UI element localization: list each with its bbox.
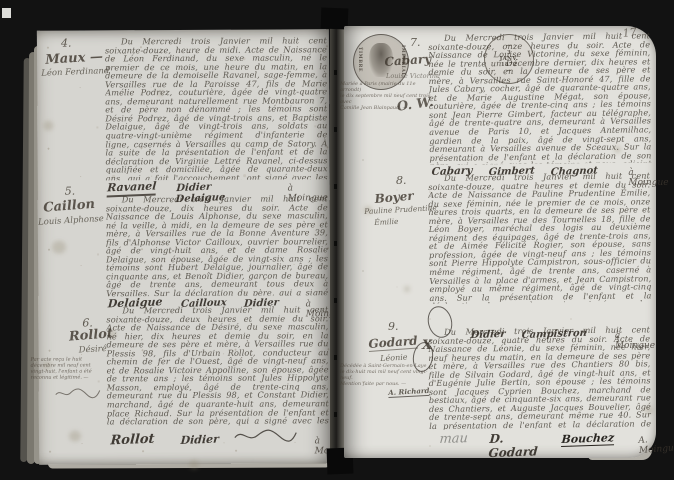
act-body-text: Du Mercredi trois Janvier mil huit cent … <box>428 325 651 430</box>
act-body-text: Du Mercredi trois Janvier mil huit cent … <box>428 31 652 165</box>
act-number: 9. <box>388 320 399 333</box>
pencil-note: mau <box>439 431 468 447</box>
signature-flourish <box>233 427 298 443</box>
officer-signature: A. Moingue <box>638 433 674 456</box>
foxing-spot <box>189 460 199 469</box>
stamp-rim-text: TIMBRE <box>357 47 362 72</box>
act-number: 5. <box>65 185 76 198</box>
right-page: 17 TIMBRE IMPÉRIAL — 3 JANV. 1872 — 7. C… <box>344 26 656 458</box>
act-margin-given-names: Émilie <box>374 217 399 227</box>
signature: Bouchez <box>561 431 615 447</box>
act-signatures: Rollot Didier à Moingue <box>111 427 360 457</box>
scan-artifact-square <box>2 8 11 18</box>
foxing-spot <box>404 286 410 292</box>
signature: Didier <box>180 432 219 447</box>
act-margin-name: Boyer <box>374 189 414 206</box>
act-margin-given-names: Louis Alphonse <box>38 214 104 228</box>
act-number: 4. <box>61 37 72 50</box>
marginal-annotation: Décédée à Saint-Germain-en-Laye le dix-h… <box>340 364 432 388</box>
foxing-spot <box>52 241 66 254</box>
act-number: 7. <box>410 36 421 49</box>
act-body-text: Du Mercredi trois Janvier mil huit cent … <box>106 305 329 426</box>
act-margin-name: Cabary <box>384 52 432 69</box>
margin-flourish <box>55 386 101 398</box>
act-margin-name: Godard <box>368 334 418 352</box>
marginal-annotation: Par acte reçu le huit décembre mil neuf … <box>31 357 117 381</box>
signature: Rollot <box>110 432 155 449</box>
act-margin-name: Caillon <box>43 197 96 216</box>
act-margin-name: Maux — <box>45 49 103 67</box>
act-margin-given-names: Désiré <box>79 344 108 356</box>
act-signatures: mau D. Godard Bouchez A. Moingue <box>440 432 674 460</box>
register-scan: 4. Maux — Léon Ferdinand Du Mercredi tro… <box>0 0 674 480</box>
act-margin-given-names: Léon Ferdinand <box>41 66 109 79</box>
act-number: 8. <box>396 174 407 187</box>
left-page: 4. Maux — Léon Ferdinand Du Mercredi tro… <box>37 29 331 465</box>
act-body-text: Du Mercredi trois Janvier mil huit cent … <box>105 36 328 180</box>
signature: D. Godard <box>488 430 539 460</box>
marginal-annotation-signature: A. Richard <box>388 386 430 398</box>
act-body-text: Du Mercredi trois Janvier mil huit cent … <box>106 194 329 296</box>
foxing-spot <box>69 431 81 442</box>
foxing-spot <box>43 121 53 131</box>
act-margin-given-names: Léonie <box>380 353 408 363</box>
act-body-text: Du Mercredi trois Janvier mil huit cent … <box>428 171 652 304</box>
